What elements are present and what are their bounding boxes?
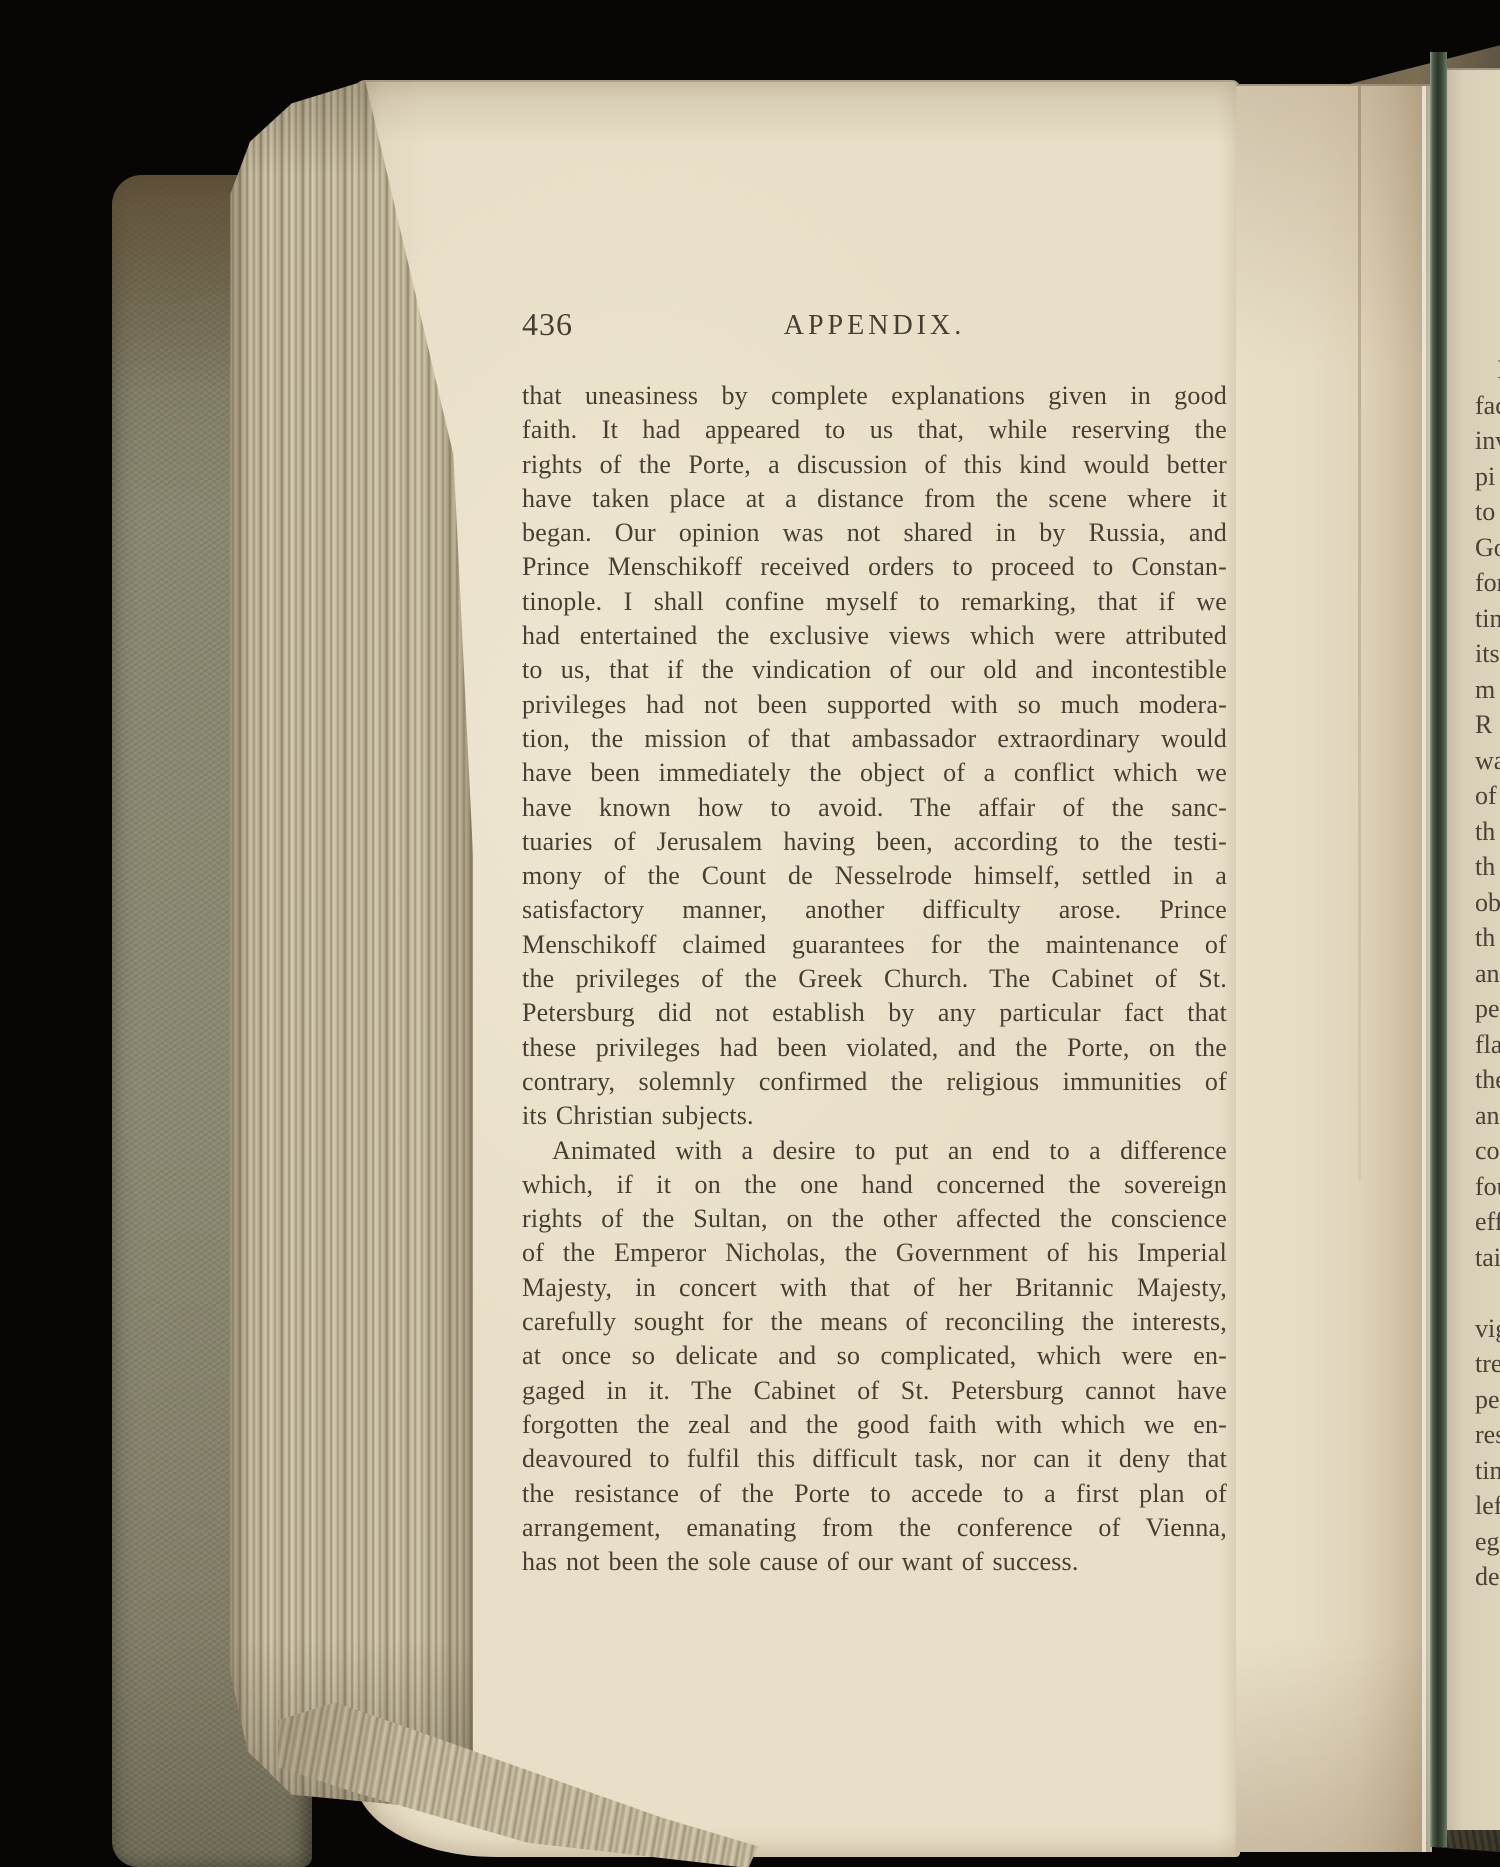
text-line: Animated with a desire to put an end to … (522, 1134, 1227, 1168)
text-line: tuaries of Jerusalem having been, accord… (522, 825, 1227, 859)
text-line: mony of the Count de Nesselrode himself,… (522, 859, 1227, 893)
text-line: have taken place at a distance from the … (522, 482, 1227, 516)
page-text-block: that uneasiness by complete explanations… (522, 379, 1227, 1579)
text-fragment: for (1475, 565, 1500, 601)
text-fragment: pi (1475, 459, 1500, 495)
text-fragment: con (1475, 1133, 1500, 1169)
text-fragment: Go (1475, 530, 1500, 566)
text-fragment: de (1475, 1559, 1500, 1595)
text-fragment: inv (1475, 423, 1500, 459)
text-line: carefully sought for the means of reconc… (522, 1305, 1227, 1339)
text-fragment: of (1475, 778, 1500, 814)
open-book-photograph: 436 APPENDIX. that uneasiness by complet… (0, 0, 1500, 1867)
text-line: arrangement, emanating from the conferen… (522, 1511, 1227, 1545)
paragraph-2: Animated with a desire to put an end to … (522, 1134, 1227, 1580)
text-fragment: R (1475, 707, 1500, 743)
text-fragment: th (1475, 920, 1500, 956)
text-fragment: tai (1475, 1240, 1500, 1276)
text-line: that uneasiness by complete explanations… (522, 379, 1227, 413)
text-fragment: the (1475, 1062, 1500, 1098)
text-line: Prince Menschikoff received orders to pr… (522, 550, 1227, 584)
paragraph-1: that uneasiness by complete explanations… (522, 379, 1227, 1134)
board-edge-strip (1430, 52, 1447, 1847)
text-fragment: eg (1475, 1524, 1500, 1560)
text-fragment: lef (1475, 1488, 1500, 1524)
text-line: of the Emperor Nicholas, the Government … (522, 1236, 1227, 1270)
text-fragment: tre (1475, 1346, 1500, 1382)
text-line: which, if it on the one hand concerned t… (522, 1168, 1227, 1202)
text-line: gaged in it. The Cabinet of St. Petersbu… (522, 1374, 1227, 1408)
text-fragment: pe (1475, 991, 1500, 1027)
text-fragment: eff (1475, 1204, 1500, 1240)
text-fragment: vig (1475, 1311, 1500, 1347)
text-fragment: th (1475, 814, 1500, 850)
text-line: have known how to avoid. The affair of t… (522, 791, 1227, 825)
text-fragment: and (1475, 1098, 1500, 1134)
text-fragment: fou (1475, 1169, 1500, 1205)
text-line: satisfactory manner, another difficulty … (522, 893, 1227, 927)
text-fragment: pe (1475, 1382, 1500, 1418)
text-line: at once so delicate and so complicated, … (522, 1339, 1227, 1373)
text-line: rights of the Porte, a discussion of thi… (522, 448, 1227, 482)
text-line: Petersburg did not establish by any part… (522, 996, 1227, 1030)
text-fragment (1475, 1275, 1500, 1311)
text-fragment: fla (1475, 1027, 1500, 1063)
text-fragment: tin (1475, 601, 1500, 637)
text-line: its Christian subjects. (522, 1099, 1227, 1133)
text-fragment: wa (1475, 743, 1500, 779)
running-title: APPENDIX. (522, 310, 1227, 342)
text-fragment: to (1475, 494, 1500, 530)
text-fragment: fac (1475, 388, 1500, 424)
facing-page-text-fragments: IfacinvpitoGofortinitsmRwaofththobthanpe… (1475, 352, 1500, 1595)
text-line: began. Our opinion was not shared in by … (522, 516, 1227, 550)
text-fragment: its (1475, 636, 1500, 672)
text-line: contrary, solemnly confirmed the religio… (522, 1065, 1227, 1099)
page-header: 436 APPENDIX. (522, 304, 1227, 344)
text-line: these privileges had been violated, and … (522, 1031, 1227, 1065)
text-line: forgotten the zeal and the good faith wi… (522, 1408, 1227, 1442)
text-line: to us, that if the vindication of our ol… (522, 653, 1227, 687)
text-fragment: th (1475, 849, 1500, 885)
text-line: tion, the mission of that ambassador ext… (522, 722, 1227, 756)
text-line: the resistance of the Porte to accede to… (522, 1477, 1227, 1511)
facing-page-sliver: IfacinvpitoGofortinitsmRwaofththobthanpe… (1447, 68, 1500, 1830)
text-line: have been immediately the object of a co… (522, 756, 1227, 790)
text-line: had entertained the exclusive views whic… (522, 619, 1227, 653)
text-line: rights of the Sultan, on the other affec… (522, 1202, 1227, 1236)
text-line: privileges had not been supported with s… (522, 688, 1227, 722)
text-line: Majesty, in concert with that of her Bri… (522, 1271, 1227, 1305)
text-fragment: I (1475, 352, 1500, 388)
text-line: the privileges of the Greek Church. The … (522, 962, 1227, 996)
text-line: faith. It had appeared to us that, while… (522, 413, 1227, 447)
text-fragment: m (1475, 672, 1500, 708)
text-fragment: res (1475, 1417, 1500, 1453)
left-page: 436 APPENDIX. that uneasiness by complet… (355, 80, 1240, 1857)
text-fragment: tin (1475, 1453, 1500, 1489)
text-line: deavoured to fulfil this difficult task,… (522, 1442, 1227, 1476)
gutter-fold (1236, 84, 1432, 1852)
text-line: Menschikoff claimed guarantees for the m… (522, 928, 1227, 962)
text-line: has not been the sole cause of our want … (522, 1545, 1227, 1579)
text-line: tinople. I shall confine myself to remar… (522, 585, 1227, 619)
text-fragment: an (1475, 956, 1500, 992)
text-fragment: ob (1475, 885, 1500, 921)
